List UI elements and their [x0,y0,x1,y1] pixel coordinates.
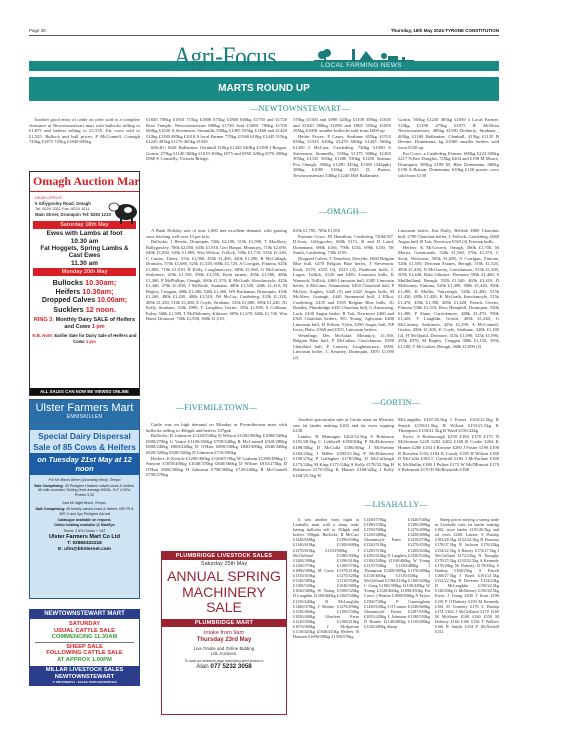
article-paragraph: Lambs: B Montague £202/32.5kg S Robinson… [293,434,394,479]
sale-time: 10.30am; [85,278,116,287]
newtownstewart-col4: Gortin, 565kg £1230 365kg £1050 a Local … [398,117,499,179]
company-name: Ulster Farmers Mart Co Ltd [30,534,139,541]
fivemiletown-col: Cattle was on high demand on Monday at F… [146,422,287,478]
sale-time: COMMENCING 11.30AM [30,634,139,641]
sale-item: Ewes with Lambs at foot [30,230,139,238]
note-label: N.B. Note: [32,333,53,338]
ad-footer: MILLAR LIVESTOCK SALES NEWTOWNSTEWART T:… [30,666,139,685]
ad-title: NEWTOWNSTEWART MART [30,610,139,619]
farm-skyline-icon [314,47,414,63]
sale-time: 1 pm [86,339,96,344]
article-paragraph: Weanlings: Des McAskie, Mountjoy, £1,160… [293,333,394,361]
article-paragraph: Another spectacular sale at Gortin mart … [293,417,394,434]
sale-time: 1 pm [92,324,105,330]
omagh-col1: A Bank Holiday sale of near 1,000 met ex… [146,228,287,322]
sale-item: Sucklers [53,305,83,314]
email: E: ufm@btinternet.com [30,547,139,553]
article-paragraph: £1430/570kg £1420/540kg £1390/530kg £138… [364,517,430,629]
omagh-col3: Limousin heifer, Jim Duffy, Belleek £800… [398,228,499,349]
dateline: Thursday, 16th May 2024-TYRONE CONSTITUT… [391,28,499,33]
newtownstewart-col3: 370kg £1100 and £990 425kg £1100 395kg £… [293,117,391,179]
comprising-label: Sale Comprising: [34,484,64,488]
omagh-auction-mart-ad: Omagh Auction Mart Ltd. HEAD OFFICE: 5 G… [29,171,140,396]
article-paragraph: McLaughlin £167/26.5kg I Fraser £164/22.… [398,417,499,434]
article-paragraph: Fat Cows: a Castlederg Farmer; 600kg £22… [398,151,499,179]
article-paragraph: Heifers: K McGovern, Omagh, 560k £1,700,… [398,245,499,350]
article-paragraph: Limousin heifer, Jim Duffy, Belleek £800… [398,228,499,245]
gortin-col2: McLaughlin £167/26.5kg I Fraser £164/22.… [398,417,499,473]
masthead: Agri-Focus LOCAL FARMING NEWS [29,40,499,72]
article-paragraph: Bullocks: J Hewitt, Drumquin 720k £2,100… [146,239,287,322]
sale-title: SALE [162,600,286,616]
page-header: Page 36 Thursday, 16th May 2024-TYRONE C… [29,28,499,36]
article-paragraph: A Bank Holiday sale of near 1,000 met ex… [146,228,287,239]
plumbridge-livestock-ad: PLUMBRIDGE LIVESTOCK SALES Saturday 25th… [161,551,287,715]
phone: T: 028 81662271 - SALES YARD 028 8166112… [30,680,139,684]
section-heading-gortin: —GORTIN— [293,398,499,407]
omagh-col2: 635k £1,700, 705k £1,810 Friesian Cows: … [293,228,394,360]
section-heading-fivemiletown: —FIVEMILETOWN— [146,403,287,412]
lisahally-col2: £1430/570kg £1420/540kg £1390/530kg £138… [364,517,430,629]
article-paragraph: 660.40 | 1620. Ballantine. Glenhull 510k… [146,145,287,162]
intake-time: Intake from 9am [162,630,286,637]
sale-item: FOLLOWING CATTLE SALE [30,650,139,657]
marts-roundup-banner: MARTS ROUND UP [29,77,499,101]
newtownstewart-col1: Another good entry of cattle on offer so… [29,117,140,145]
ulster-farmers-mart-ad: Ulster Farmers Mart ENNISKILLEN Special … [29,399,140,599]
article-paragraph: Friesian Cows: JN Hamilton, Castlederg 7… [293,234,394,256]
lisahally-col3: Sheep prices staying a strong trade in L… [435,517,499,634]
sale-title: Special Dairy Dispersal Sale of 85 Cows … [30,430,139,453]
article-paragraph: Ewes: S Rosborough £238 £184 £178 £175 N… [398,434,499,473]
office-label: HEAD OFFICE: [35,195,63,200]
article-paragraph: Sheep prices staying a strong trade in L… [435,517,499,634]
masthead-subtitle: LOCAL FARMING NEWS [321,62,402,69]
comprising-text: 45 freshly calved cows & heifers, BR FR … [59,507,134,516]
date-bar: Monday 20th May [33,268,136,276]
gortin-col1: Another spectacular sale at Gortin mart … [293,417,394,479]
article-paragraph: Dropped Calves: T Donohoe, Derrylin, £66… [293,256,394,333]
contact-name: Alan [196,663,208,670]
sale-time: AT APPROX 1.00PM [30,657,139,664]
sale-time: 12 noon. [86,305,116,314]
article-paragraph: Bullocks: D Johnston £1220/520kg D Wilso… [146,433,287,455]
section-heading-lisahally: —LISAHALLY— [293,500,499,509]
sale-item: Fat Hoggets, Spring Lambs & Cast Ewes [30,245,139,259]
ad-town: ENNISKILLEN [30,414,139,420]
intake-date: Thursday 23rd May [162,637,286,644]
sale-item: Bullocks [53,278,83,287]
cow-icon [108,196,138,226]
section-heading-newtownstewart: —NEWTOWNSTEWART— [160,104,440,113]
divider [35,642,134,643]
contact-phone: 077 5232 3058 [210,663,251,670]
ad-header: Ulster Farmers Mart ENNISKILLEN [30,400,139,430]
company-name: MILLAR LIVESTOCK SALES [30,667,139,674]
ad-title: Omagh Auction Mart Ltd. [30,172,139,191]
article-paragraph: It was another busy night at Lisahally m… [293,517,359,639]
newtownstewart-mart-ad: NEWTOWNSTEWART MART SATURDAY USUAL CATTL… [29,609,140,686]
sale-time: 10.00am; [97,297,127,304]
sale-item: Dropped Calves [42,297,95,304]
article-paragraph: Heifers: E Kettyle £1290/460kg £1260/570… [146,456,287,478]
article-paragraph: £1830 700kg £1810 715kg £1800 675kg £180… [146,117,287,145]
sale-title: ANNUAL SPRING [162,569,286,585]
ad-title: PLUMBRIDGE LIVESTOCK SALES [162,552,286,560]
sale-date: Saturday 25th May [162,560,286,568]
sale-title: MACHINERY [162,585,286,601]
article-paragraph: Gortin, 565kg £1230 365kg £1050 a Local … [398,117,499,151]
auctioneer: LSL Auctions. [162,651,286,656]
article-paragraph: Another good entry of cattle on offer so… [29,117,140,145]
vendor-line: And Mr Nigel Brant, Tempo. [30,501,139,506]
article-paragraph: 370kg £1100 and £990 425kg £1100 395kg £… [293,117,391,134]
sale-time: 11.30 am [30,259,139,268]
sale-time: 10.30 am [30,238,139,245]
sale-date: on Tuesday 21st May at 12 noon [30,453,139,475]
section-heading-omagh: —OMAGH— [293,207,393,216]
online-note: Online bidding available @ MartEye [30,523,139,528]
sale-item: Heifers [55,287,80,296]
lisahally-col1: It was another busy night at Lisahally m… [293,517,359,639]
ad-title: Ulster Farmers Mart [30,400,139,414]
comprising-label: Sale Comprising: [35,507,65,511]
mart-name: PLUMBRIDGE MART [162,619,286,627]
page-number: Page 36 [29,28,46,33]
article-paragraph: Cattle was on high demand on Monday at F… [146,422,287,433]
address-line: Main Street, Drumquin Tel: 8283 1233 [35,212,111,217]
article-paragraph: Heifer Prices: P Casey, Strabane 655kg £… [293,134,391,179]
newtownstewart-col2: £1830 700kg £1810 715kg £1800 675kg £180… [146,117,287,162]
masthead-title: Agri-Focus [174,42,276,72]
vendor-line: For Mr Morris Breen (Drumdrig Herd), Tem… [30,478,139,483]
sale-time: 10.30am; [82,287,113,296]
ad-footer: ALL SALES CAN NOW BE VIEWED ONLINE [30,388,139,395]
ring-label: RING 3: [34,317,54,323]
address-line: 5 Gillygooley Road, Omagh [35,201,91,206]
